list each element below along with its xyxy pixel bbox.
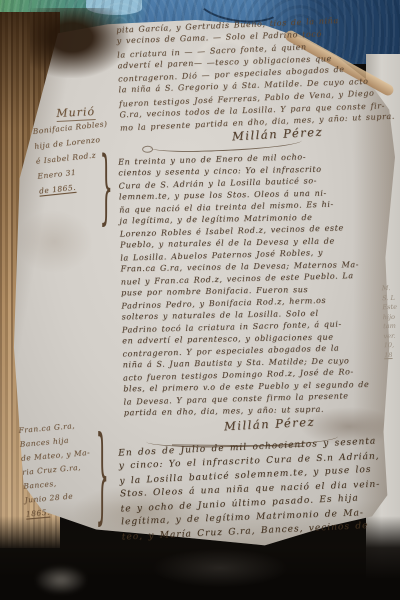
- facing-page-text-fragment: M.S. LEstehijotamver.10,18: [382, 284, 400, 361]
- handwritten-line: 18: [384, 350, 400, 360]
- margin-brace-2: }: [96, 426, 109, 530]
- shadow-highlight: [36, 566, 86, 594]
- handwritten-line: ver.: [383, 331, 399, 341]
- baptism-entry-3: En dos de Julio de mil ochocientos y ses…: [118, 435, 383, 544]
- baptism-entry-2: En treinta y uno de Enero de mil ocho-ci…: [118, 150, 370, 420]
- handwritten-line: Este: [382, 303, 398, 313]
- handwritten-line: tam: [383, 322, 399, 332]
- handwritten-line: hijo: [383, 312, 399, 322]
- handwritten-line: M.: [382, 284, 398, 294]
- margin-brace-1: }: [100, 149, 113, 230]
- handwritten-line: 10,: [384, 341, 400, 351]
- handwritten-line: S. L: [382, 293, 398, 303]
- spine-shadow: [30, 8, 130, 78]
- baptism-entry-1: pita García, y Gertrudis Bueno, tios de …: [116, 13, 395, 134]
- margin-note-2: Fran.ca G.ra,Bances hijade Mateo, y Ma-r…: [18, 418, 96, 522]
